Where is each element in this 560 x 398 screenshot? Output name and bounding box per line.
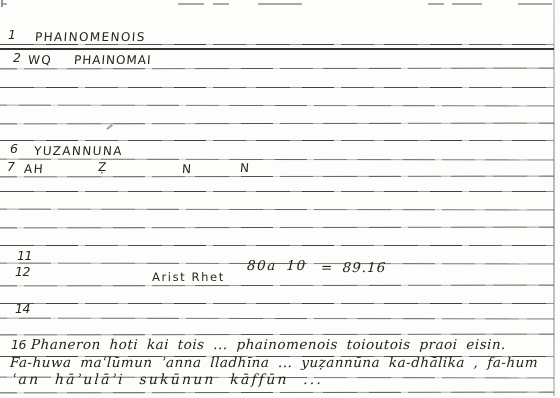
ruled-line (0, 227, 554, 229)
entry-7-letter-n1: N (182, 162, 193, 176)
ruled-line (0, 159, 554, 161)
ruled-line (0, 334, 554, 336)
citation-work: Arist Rhet (152, 271, 225, 284)
citation-locus: 80a 10 (247, 258, 308, 274)
ruled-line (0, 209, 554, 211)
ruled-line (0, 392, 554, 394)
ruled-line (0, 140, 554, 141)
entry-2-abbrev: WQ (28, 53, 53, 67)
line-number-16: 16 (11, 338, 26, 352)
line-number-14: 14 (15, 302, 30, 316)
entry-6-lemma: YUZANNUNA (34, 144, 124, 158)
greek-quotation: Phaneron hoti kai tois ... phainomenois … (31, 337, 507, 353)
ruled-line (0, 191, 554, 192)
ruled-line (0, 105, 554, 107)
entry-1-lemma: PHAINOMENOIS (35, 30, 147, 44)
ruled-line (0, 87, 554, 88)
line-number-6: 6 (10, 142, 17, 156)
entry-7-letter-n2: N (240, 161, 251, 175)
line-number-11: 11 (17, 249, 32, 263)
scan-edge-fragment (258, 3, 302, 5)
ruled-line (0, 303, 554, 304)
ruled-line (0, 123, 554, 125)
scan-edge-fragment (428, 3, 444, 5)
scan-edge-fragment (1, 3, 7, 5)
citation-equivalent: = 89.16 (321, 260, 387, 276)
scan-edge-fragment (452, 3, 482, 5)
stray-pen-tick (106, 124, 112, 129)
ruled-line (0, 68, 554, 70)
entry-2-lemma: PHAINOMAI (74, 53, 153, 67)
ruled-line (0, 245, 554, 246)
arabic-translation-line-1: Fa-huwa maʿlūmun ʾanna lladhīna ... yuẓa… (10, 355, 539, 371)
ruled-line (0, 44, 554, 45)
line-number-7: 7 (7, 160, 14, 174)
entry-7-letters-ah: AH (24, 162, 45, 176)
ruled-line (0, 48, 554, 51)
ruled-line (0, 285, 554, 287)
scanned-notebook-page: 1 PHAINOMENOIS 2 WQ PHAINOMAI 6 YUZANNUN… (0, 0, 560, 398)
ruled-line (0, 176, 554, 178)
scan-edge-fragment (213, 3, 229, 5)
line-number-12: 12 (15, 265, 30, 279)
line-number-1: 1 (8, 28, 15, 42)
line-number-2: 2 (13, 51, 20, 65)
right-margin-rule (553, 0, 555, 396)
entry-7-letter-z: Ẓ (98, 160, 109, 174)
arabic-translation-line-2: ʿan hāʾulāʾi sukūnun kāffūn ... (12, 372, 324, 388)
scan-edge-fragment (178, 3, 204, 5)
ruled-line (0, 318, 554, 320)
scan-edge-fragment (518, 3, 552, 5)
